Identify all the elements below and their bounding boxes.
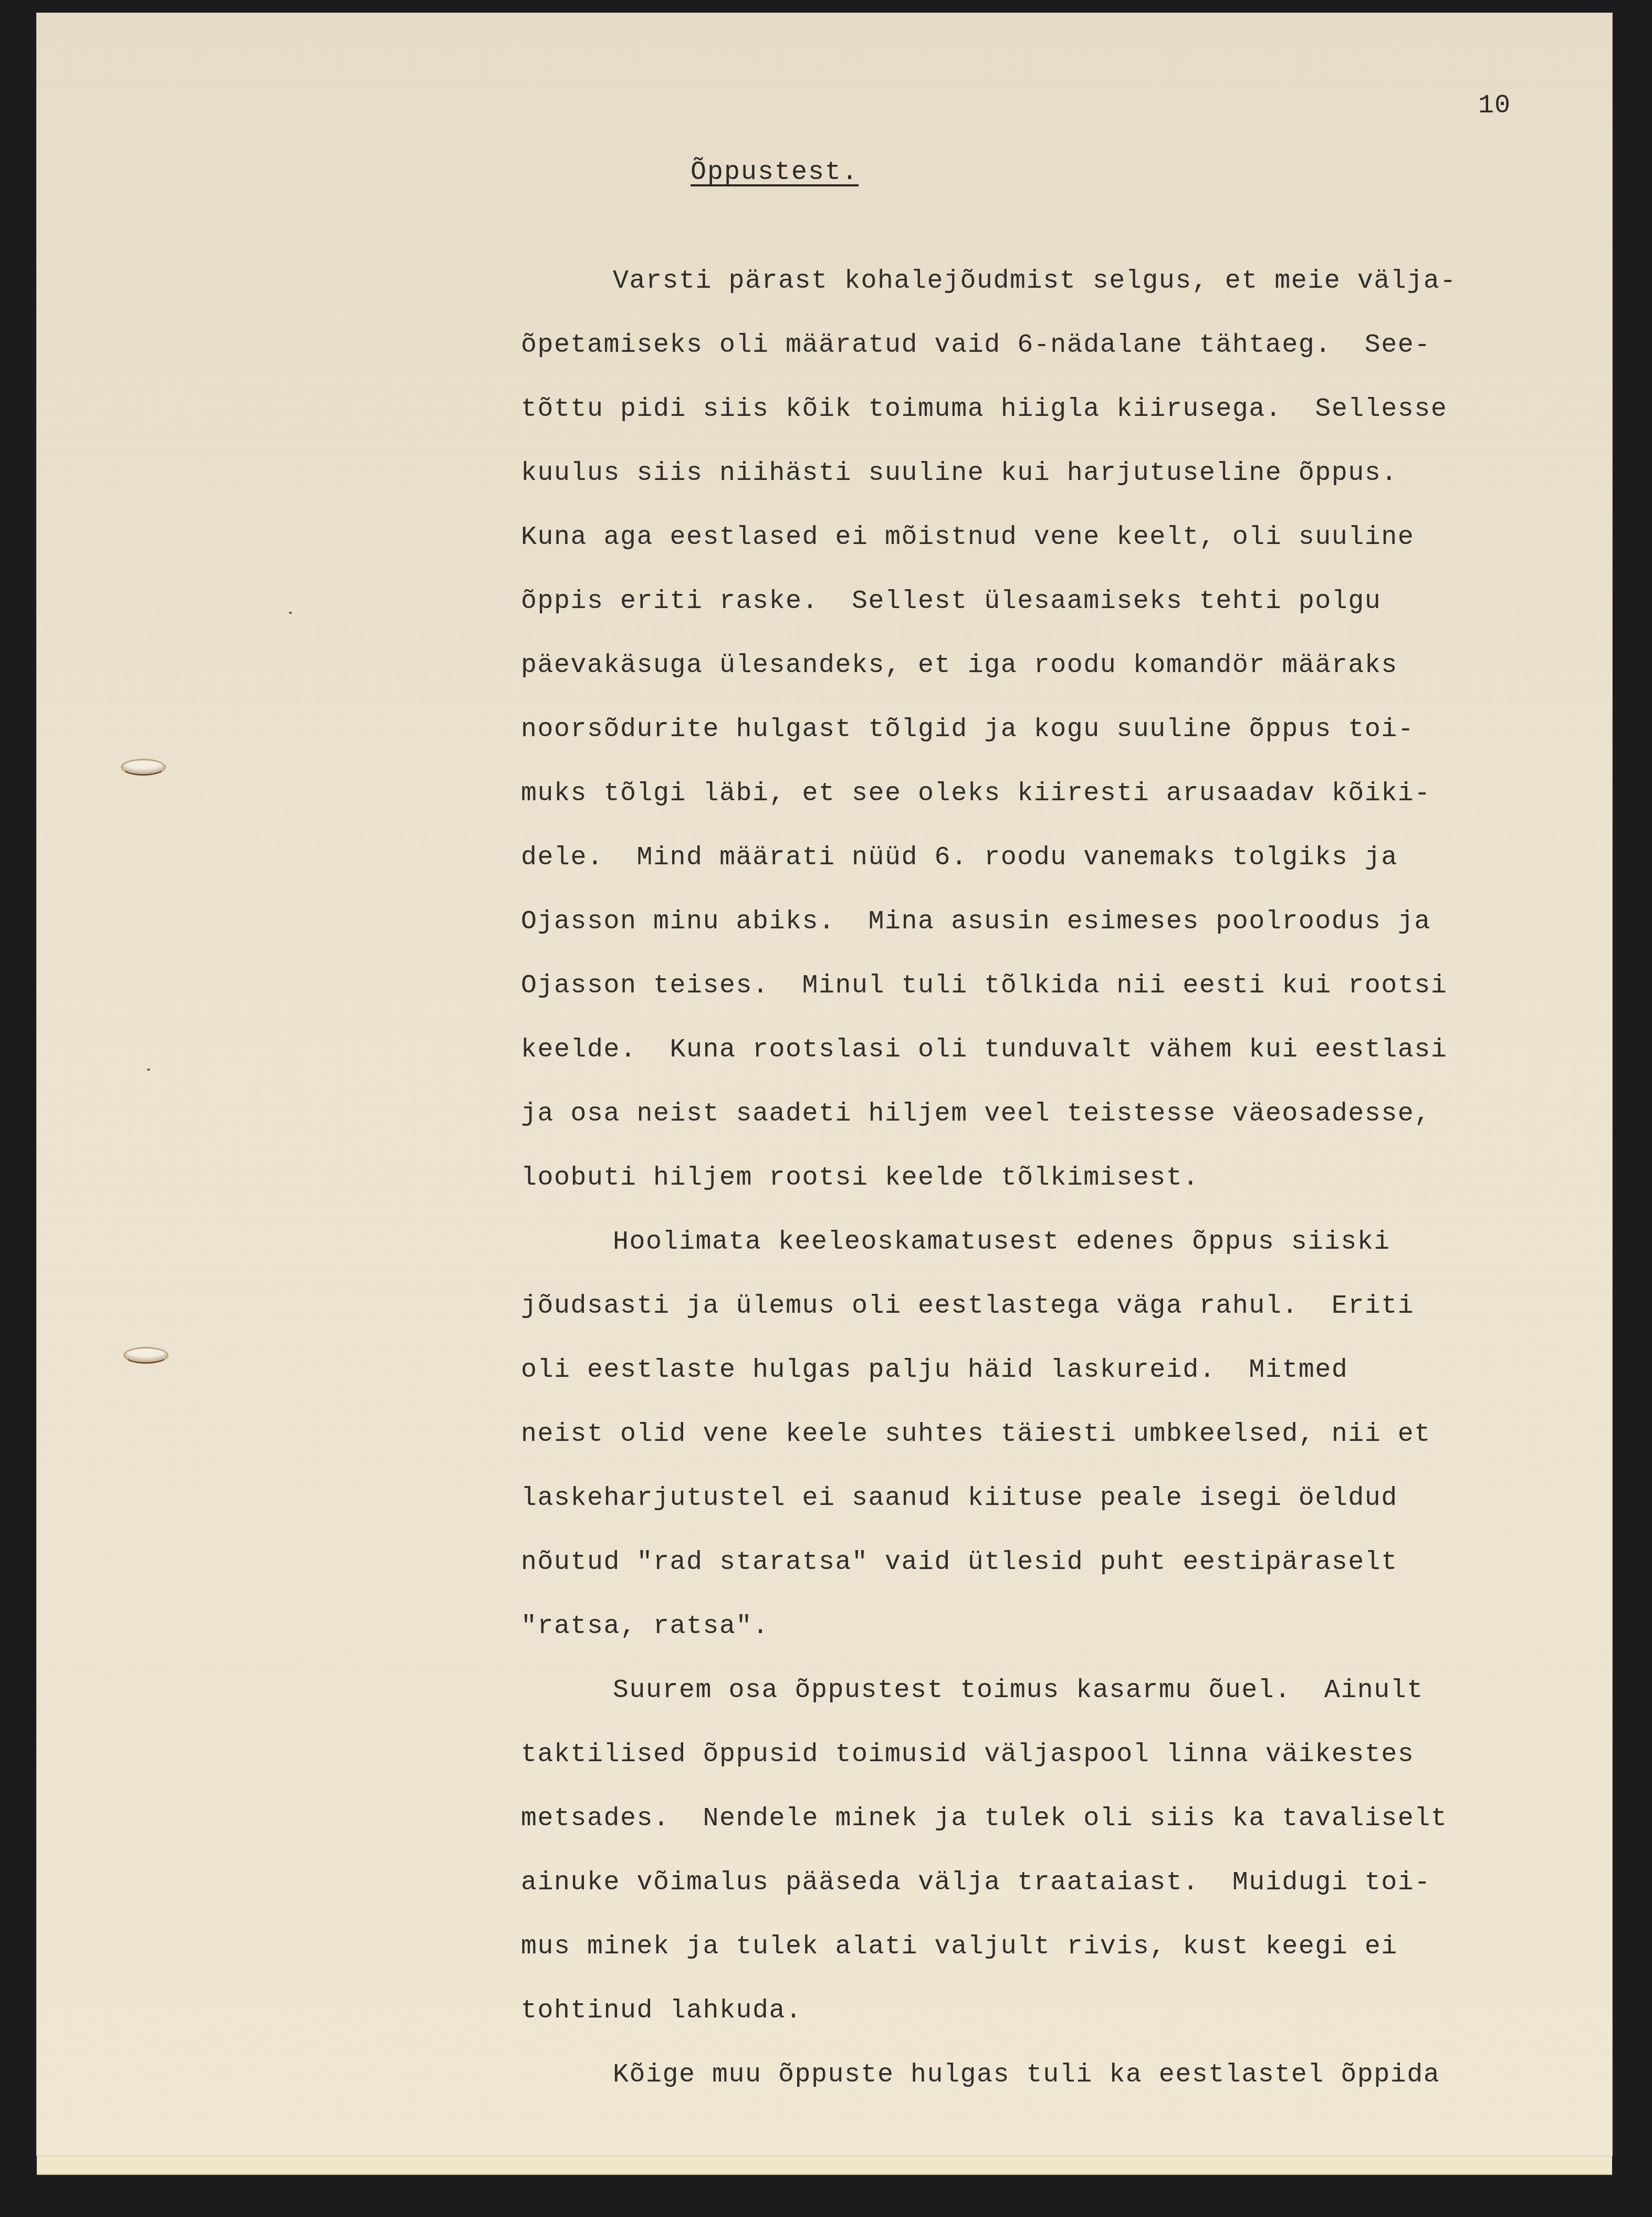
text-line: Kuna aga eestlased ei mõistnud vene keel… (521, 506, 1624, 570)
text-line: Ojasson teises. Minul tuli tõlkida nii e… (521, 954, 1624, 1018)
text-line: õpetamiseks oli määratud vaid 6-nädalane… (521, 313, 1624, 378)
typewritten-page: 10 Õppustest. Varsti pärast kohalejõudmi… (37, 13, 1612, 2156)
text-line: ja osa neist saadeti hiljem veel teistes… (521, 1082, 1624, 1146)
text-line: noorsõdurite hulgast tõlgid ja kogu suul… (521, 698, 1624, 762)
text-line: muks tõlgi läbi, et see oleks kiiresti a… (521, 762, 1624, 826)
paragraph-first-line: Varsti pärast kohalejõudmist selgus, et … (521, 249, 1624, 313)
text-line: mus minek ja tulek alati valjult rivis, … (521, 1915, 1624, 1979)
text-line: kuulus siis niihästi suuline kui harjutu… (521, 442, 1624, 506)
binder-hole-icon (121, 759, 166, 776)
text-line: tõttu pidi siis kõik toimuma hiigla kiir… (521, 378, 1624, 442)
text-line: laskeharjutustel ei saanud kiituse peale… (521, 1467, 1624, 1531)
text-line: neist olid vene keele suhtes täiesti umb… (521, 1403, 1624, 1467)
binder-hole-icon (123, 1347, 169, 1364)
body-text: Varsti pärast kohalejõudmist selgus, et … (521, 249, 1624, 2107)
paper-speck (289, 612, 292, 614)
text-line: keelde. Kuna rootslasi oli tunduvalt väh… (521, 1018, 1624, 1082)
text-line: dele. Mind määrati nüüd 6. roodu vanemak… (521, 826, 1624, 890)
text-line: nõutud "rad staratsa" vaid ütlesid puht … (521, 1531, 1624, 1595)
paper-speck (147, 1069, 150, 1071)
text-line: "ratsa, ratsa". (521, 1595, 1624, 1659)
text-line: päevakäsuga ülesandeks, et iga roodu kom… (521, 634, 1624, 698)
text-line: taktilised õppusid toimusid väljaspool l… (521, 1723, 1624, 1787)
text-line: oli eestlaste hulgas palju häid laskurei… (521, 1338, 1624, 1403)
text-line: õppis eriti raske. Sellest ülesaamiseks … (521, 570, 1624, 634)
section-heading: Õppustest. (691, 158, 859, 187)
paragraph-first-line: Hoolimata keeleoskamatusest edenes õppus… (521, 1210, 1624, 1274)
text-line: metsades. Nendele minek ja tulek oli sii… (521, 1787, 1624, 1851)
page-number: 10 (1478, 91, 1511, 121)
text-line: tohtinud lahkuda. (521, 1979, 1624, 2043)
text-line: loobuti hiljem rootsi keelde tõlkimisest… (521, 1146, 1624, 1210)
paragraph-first-line: Suurem osa õppustest toimus kasarmu õuel… (521, 1659, 1624, 1723)
text-line: ainuke võimalus pääseda välja traataiast… (521, 1851, 1624, 1915)
text-line: jõudsasti ja ülemus oli eestlastega väga… (521, 1274, 1624, 1338)
text-line: Ojasson minu abiks. Mina asusin esimeses… (521, 890, 1624, 954)
paragraph-first-line: Kõige muu õppuste hulgas tuli ka eestlas… (521, 2043, 1624, 2107)
